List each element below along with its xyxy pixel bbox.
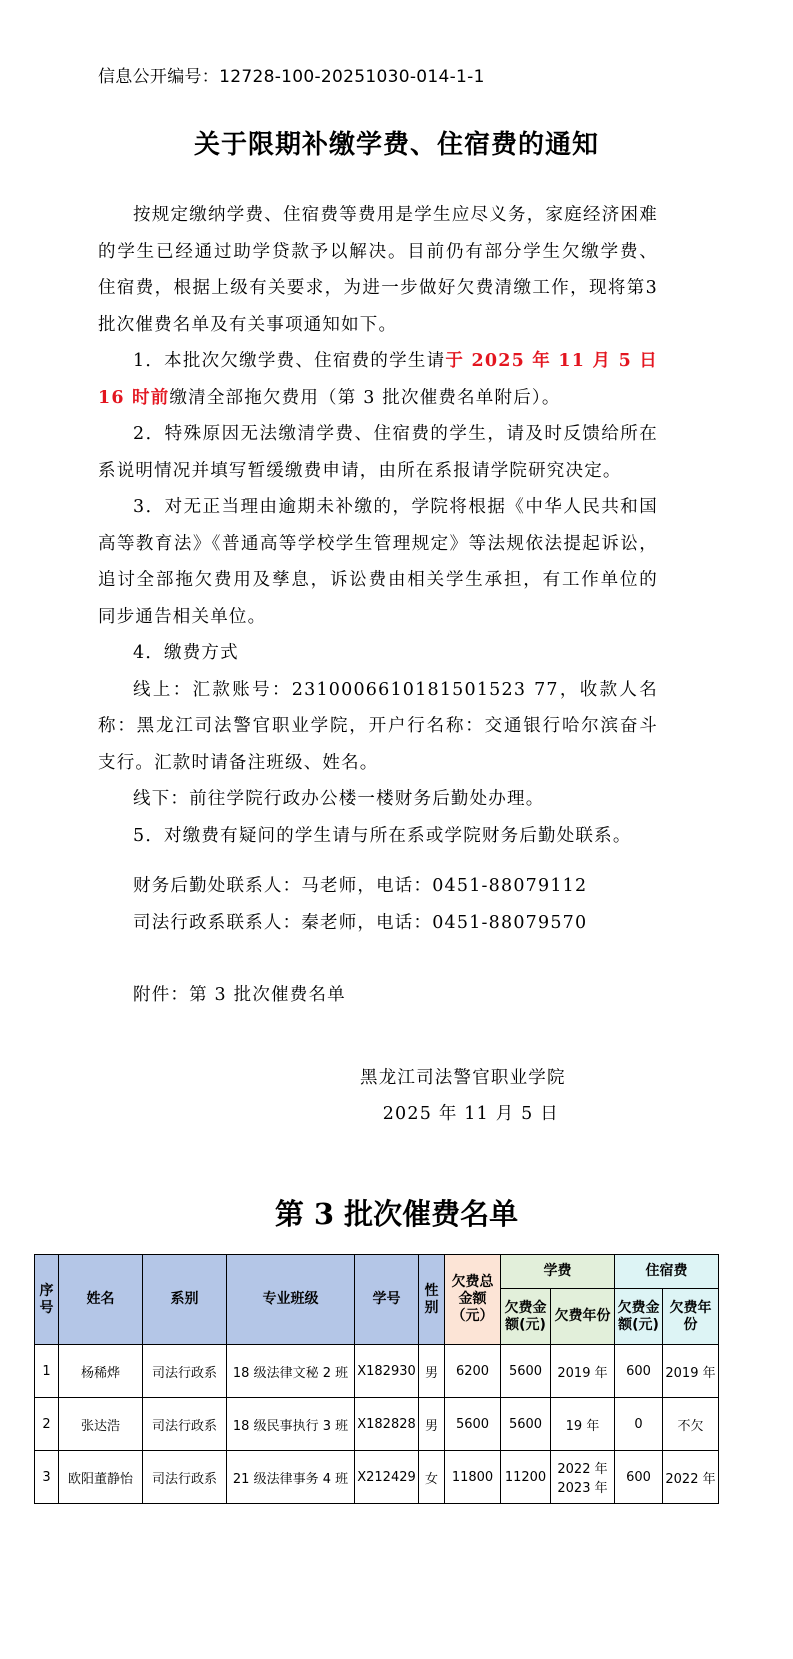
header-tuition-year: 欠费年份 — [551, 1289, 615, 1345]
item-4-paragraph: 4．缴费方式 — [98, 635, 658, 672]
notice-body: 按规定缴纳学费、住宿费等费用是学生应尽义务，家庭经济困难的学生已经通过助学贷款予… — [98, 197, 658, 1014]
signature-org: 黑龙江司法警官职业学院 — [360, 1060, 566, 1096]
header-dorm-amount: 欠费金额(元) — [615, 1289, 663, 1345]
cell-seq: 2 — [35, 1398, 59, 1451]
header-seq: 序号 — [35, 1255, 59, 1345]
cell-dorm-year: 2022 年 — [663, 1451, 719, 1504]
signature-block: 黑龙江司法警官职业学院 2025 年 11 月 5 日 — [360, 1060, 566, 1132]
cell-tuition-year: 2019 年 — [551, 1345, 615, 1398]
notice-document: 信息公开编号：12728-100-20251030-014-1-1 关于限期补缴… — [0, 0, 793, 1659]
online-payment-paragraph: 线上：汇款账号：2310006610181501523 77，收款人名称：黑龙江… — [98, 672, 658, 782]
cell-dept: 司法行政系 — [143, 1398, 227, 1451]
cell-dorm-amount: 600 — [615, 1345, 663, 1398]
header-dept: 系别 — [143, 1255, 227, 1345]
header-class: 专业班级 — [227, 1255, 355, 1345]
item-1-text: 1．本批次欠缴学费、住宿费的学生请 — [133, 351, 445, 371]
item-1-text-end: 缴清全部拖欠费用（第 3 批次催费名单附后）。 — [169, 388, 560, 408]
cell-name: 欧阳董静怡 — [59, 1451, 143, 1504]
intro-paragraph: 按规定缴纳学费、住宿费等费用是学生应尽义务，家庭经济困难的学生已经通过助学贷款予… — [98, 197, 658, 343]
arrears-table: 序号 姓名 系别 专业班级 学号 性别 欠费总金额（元） 学费 住宿费 欠费金额… — [34, 1254, 719, 1504]
cell-total: 5600 — [445, 1398, 501, 1451]
cell-student-id: X182828 — [355, 1398, 419, 1451]
signature-date: 2025 年 11 月 5 日 — [360, 1096, 566, 1132]
cell-total: 6200 — [445, 1345, 501, 1398]
cell-gender: 女 — [419, 1451, 445, 1504]
cell-tuition-amount: 5600 — [501, 1345, 551, 1398]
offline-payment-paragraph: 线下：前往学院行政办公楼一楼财务后勤处办理。 — [98, 781, 658, 818]
item-2-paragraph: 2．特殊原因无法缴清学费、住宿费的学生，请及时反馈给所在系说明情况并填写暂缓缴费… — [98, 416, 658, 489]
notice-title: 关于限期补缴学费、住宿费的通知 — [0, 124, 793, 161]
info-disclosure-number: 信息公开编号：12728-100-20251030-014-1-1 — [98, 62, 485, 87]
cell-tuition-amount: 5600 — [501, 1398, 551, 1451]
header-total: 欠费总金额（元） — [445, 1255, 501, 1345]
cell-dept: 司法行政系 — [143, 1345, 227, 1398]
info-number-value: 12728-100-20251030-014-1-1 — [219, 67, 485, 87]
cell-dorm-amount: 600 — [615, 1451, 663, 1504]
cell-gender: 男 — [419, 1398, 445, 1451]
cell-tuition-year: 19 年 — [551, 1398, 615, 1451]
info-number-label: 信息公开编号： — [98, 67, 219, 87]
cell-seq: 3 — [35, 1451, 59, 1504]
cell-student-id: X182930 — [355, 1345, 419, 1398]
cell-dept: 司法行政系 — [143, 1451, 227, 1504]
header-dorm-group: 住宿费 — [615, 1255, 719, 1289]
attachment-note: 附件：第 3 批次催费名单 — [98, 977, 658, 1014]
tuition-year-line-2: 2023 年 — [553, 1477, 612, 1496]
item-3-paragraph: 3．对无正当理由逾期未补缴的，学院将根据《中华人民共和国高等教育法》《普通高等学… — [98, 489, 658, 635]
header-tuition-group: 学费 — [501, 1255, 615, 1289]
cell-total: 11800 — [445, 1451, 501, 1504]
cell-class: 18 级民事执行 3 班 — [227, 1398, 355, 1451]
cell-dorm-year: 2019 年 — [663, 1345, 719, 1398]
header-name: 姓名 — [59, 1255, 143, 1345]
cell-dorm-amount: 0 — [615, 1398, 663, 1451]
cell-gender: 男 — [419, 1345, 445, 1398]
header-tuition-amount: 欠费金额(元) — [501, 1289, 551, 1345]
cell-tuition-amount: 11200 — [501, 1451, 551, 1504]
cell-dorm-year: 不欠 — [663, 1398, 719, 1451]
department-contact: 司法行政系联系人：秦老师，电话：0451-88079570 — [98, 905, 658, 942]
cell-class: 18 级法律文秘 2 班 — [227, 1345, 355, 1398]
tuition-year-line-1: 2022 年 — [553, 1458, 612, 1477]
item-5-paragraph: 5．对缴费有疑问的学生请与所在系或学院财务后勤处联系。 — [98, 818, 658, 855]
finance-contact: 财务后勤处联系人：马老师，电话：0451-88079112 — [98, 868, 658, 905]
table-row: 2 张达浩 司法行政系 18 级民事执行 3 班 X182828 男 5600 … — [35, 1398, 719, 1451]
header-student-id: 学号 — [355, 1255, 419, 1345]
header-dorm-year: 欠费年份 — [663, 1289, 719, 1345]
cell-tuition-year: 2022 年2023 年 — [551, 1451, 615, 1504]
header-gender: 性别 — [419, 1255, 445, 1345]
cell-seq: 1 — [35, 1345, 59, 1398]
table-row: 3 欧阳董静怡 司法行政系 21 级法律事务 4 班 X212429 女 118… — [35, 1451, 719, 1504]
cell-student-id: X212429 — [355, 1451, 419, 1504]
cell-class: 21 级法律事务 4 班 — [227, 1451, 355, 1504]
cell-name: 杨稀烨 — [59, 1345, 143, 1398]
list-title: 第 3 批次催费名单 — [0, 1192, 793, 1233]
table-row: 1 杨稀烨 司法行政系 18 级法律文秘 2 班 X182930 男 6200 … — [35, 1345, 719, 1398]
cell-name: 张达浩 — [59, 1398, 143, 1451]
item-1-paragraph: 1．本批次欠缴学费、住宿费的学生请于 2025 年 11 月 5 日 16 时前… — [98, 343, 658, 416]
